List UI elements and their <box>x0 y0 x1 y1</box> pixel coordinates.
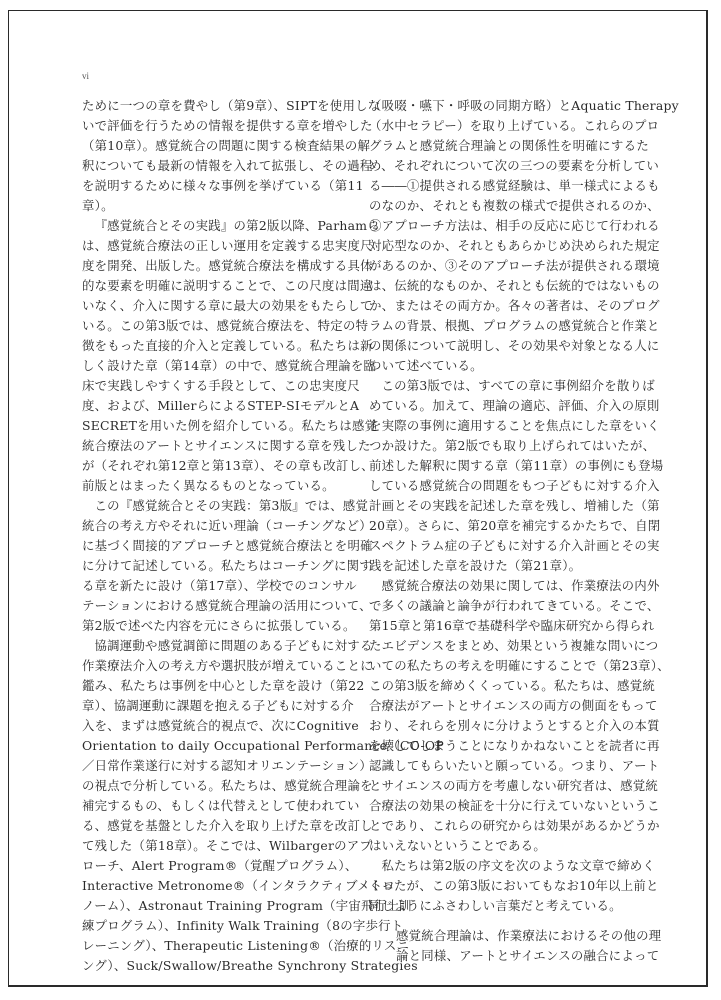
text-line: が（それぞれ第12章と第13章）、その章も改訂し、 <box>82 456 345 476</box>
text-line: 践を記述した章を設けた（第21章）。 <box>369 556 649 576</box>
text-line: （第10章）。感覚統合の問題に関する検査結果の解 <box>82 136 345 156</box>
text-line: いての私たちの考えを明確にすることで（第23章）、 <box>369 656 649 676</box>
text-line: 計画とその実践を記述した章を残し、増補した（第 <box>369 496 649 516</box>
quote-line: 感覚統合理論は、作業療法におけるその他の理 <box>396 926 649 946</box>
text-line: 同じようにふさわしい言葉だと考えている。 <box>369 896 649 916</box>
paragraph: 感覚統合療法の効果に関しては、作業療法の内外で多くの議論と論争が行われてきている… <box>369 576 649 856</box>
text-line: 『感覚統合とその実践』の第2版以降、Parhamら <box>82 216 345 236</box>
text-line: 私たちは第2版の序文を次のような文章で締めく <box>369 856 649 876</box>
text-line: いで評価を行うための情報を提供する章を増やした <box>82 116 345 136</box>
page-number: vi <box>82 71 89 81</box>
text-line: ング）、Suck/Swallow/Breathe Synchrony Strat… <box>82 956 345 976</box>
paragraph: ために一つの章を費やし（第9章）、SIPTを使用しないで評価を行うための情報を提… <box>82 96 345 216</box>
text-line: 協調運動や感覚調節に問題のある子どもに対する <box>82 636 345 656</box>
text-line: ついて述べている。 <box>369 356 649 376</box>
paragraph: 協調運動や感覚調節に問題のある子どもに対する作業療法介入の考え方や選択肢が増えて… <box>82 636 345 976</box>
text-line: （吸啜・嚥下・呼吸の同期方略）とAquatic Therapy <box>369 96 649 116</box>
text-line: SECRETを用いた例を紹介している。私たちは感覚 <box>82 416 345 436</box>
text-line: る――①提供される感覚経験は、単一様式によるも <box>369 176 649 196</box>
text-line: この『感覚統合とその実践：第3版』では、感覚 <box>82 496 345 516</box>
text-line: に分けて記述している。私たちはコーチングに関す <box>82 556 345 576</box>
paragraph: 『感覚統合とその実践』の第2版以降、Parhamらは、感覚統合療法の正しい運用を… <box>82 216 345 496</box>
text-line: （水中セラピー）を取り上げている。これらのプロ <box>369 116 649 136</box>
text-line: ラムの背景、根拠、プログラムの感覚統合と作業と <box>369 316 649 336</box>
paragraph: 私たちは第2版の序文を次のような文章で締めくくったが、この第3版においてもなお1… <box>369 856 649 916</box>
text-line: 合療法の効果の検証を十分に行えていないというこ <box>369 796 649 816</box>
text-line: に基づく間接的アプローチと感覚統合療法とを明確 <box>82 536 345 556</box>
text-line: を実際の事例に適用することを焦点にした章をいく <box>369 416 649 436</box>
quote-line: 論と同様、アートとサイエンスの融合によって <box>396 946 649 966</box>
paragraph: この第3版では、すべての章に事例紹介を散りばめている。加えて、理論の適応、評価、… <box>369 376 649 576</box>
text-line: はいえないということである。 <box>369 836 649 856</box>
text-line: 練プログラム）、Infinity Walk Training（8の字歩行ト <box>82 916 345 936</box>
text-line: ノーム）、Astronaut Training Program（宇宙飛行士訓 <box>82 896 345 916</box>
text-line: 度、および、MillerらによるSTEP-SIモデルとA <box>82 396 345 416</box>
text-line: で多くの議論と論争が行われてきている。そこで、 <box>369 596 649 616</box>
text-line: 統合療法のアートとサイエンスに関する章を残した <box>82 436 345 456</box>
text-line: スペクトラム症の子どもに対する介入計画とその実 <box>369 536 649 556</box>
text-line: ために一つの章を費やし（第9章）、SIPTを使用しな <box>82 96 345 116</box>
text-line: があるのか、③そのアプローチ法が提供される環境 <box>369 256 649 276</box>
text-line: 第2版で述べた内容を元にさらに拡張している。 <box>82 616 345 636</box>
text-line: め、それぞれについて次の三つの要素を分析してい <box>369 156 649 176</box>
text-line: とサイエンスの両方を考慮しない研究者は、感覚統 <box>369 776 649 796</box>
text-line: 釈についても最新の情報を入れて拡張し、その過程 <box>82 156 345 176</box>
text-line: 章）。 <box>82 196 345 216</box>
text-line: 的な要素を明確に説明することで、この尺度は間違 <box>82 276 345 296</box>
text-line: くったが、この第3版においてもなお10年以上前と <box>369 876 649 896</box>
text-line: の視点で分析している。私たちは、感覚統合理論を <box>82 776 345 796</box>
text-line: テーションにおける感覚統合理論の活用について、 <box>82 596 345 616</box>
text-line: グラムと感覚統合理論との関係性を明確にするた <box>369 136 649 156</box>
text-line: いる。この第3版では、感覚統合療法を、特定の特 <box>82 316 345 336</box>
text-line: 補完するもの、もしくは代替えとして使われてい <box>82 796 345 816</box>
text-line: る章を新たに設け（第17章）、学校でのコンサル <box>82 576 345 596</box>
text-line: て残した（第18章）。そこでは、Wilbargerのアプ <box>82 836 345 856</box>
text-line: とであり、これらの研究からは効果があるかどうか <box>369 816 649 836</box>
paragraph: （吸啜・嚥下・呼吸の同期方略）とAquatic Therapy（水中セラピー）を… <box>369 96 649 376</box>
text-line: この第3版を締めくくっている。私たちは、感覚統 <box>369 676 649 696</box>
text-line: 認識してもらいたいと願っている。つまり、アート <box>369 756 649 776</box>
text-line: の関係について説明し、その効果や対象となる人に <box>369 336 649 356</box>
block-quote: 感覚統合理論は、作業療法におけるその他の理論と同様、アートとサイエンスの融合によ… <box>369 926 649 966</box>
text-line: を説明するために様々な事例を挙げている（第11 <box>82 176 345 196</box>
text-line: レーニング）、Therapeutic Listening®（治療的リスニ <box>82 936 345 956</box>
text-line: Interactive Metronome®（インタラクティブメトロ <box>82 876 345 896</box>
text-line: している感覚統合の問題をもつ子どもに対する介入 <box>369 476 649 496</box>
text-line: おり、それらを別々に分けようとすると介入の本質 <box>369 716 649 736</box>
text-line: 度を開発、出版した。感覚統合療法を構成する具体 <box>82 256 345 276</box>
text-line: 20章）。さらに、第20章を補完するかたちで、自閉 <box>369 516 649 536</box>
text-line: は、感覚統合療法の正しい運用を定義する忠実度尺 <box>82 236 345 256</box>
text-line: 感覚統合療法の効果に関しては、作業療法の内外 <box>369 576 649 596</box>
text-line: 第15章と第16章で基礎科学や臨床研究から得られ <box>369 616 649 636</box>
left-column: ために一つの章を費やし（第9章）、SIPTを使用しないで評価を行うための情報を提… <box>82 96 345 976</box>
text-line: 徴をもった直接的介入と定義している。私たちは新 <box>82 336 345 356</box>
text-line: る、感覚を基盤とした介入を取り上げた章を改訂し <box>82 816 345 836</box>
text-line: たエビデンスをまとめ、効果という複雑な問いにつ <box>369 636 649 656</box>
text-line: ローチ、Alert Program®（覚醒プログラム）、 <box>82 856 345 876</box>
text-line: この第3版では、すべての章に事例紹介を散りば <box>369 376 649 396</box>
text-line: 前述した解釈に関する章（第11章）の事例にも登場 <box>369 456 649 476</box>
text-line: ②アプローチ方法は、相手の反応に応じて行われる <box>369 216 649 236</box>
text-line: つか設けた。第2版でも取り上げられてはいたが、 <box>369 436 649 456</box>
text-line: は、伝統的なものか、それとも伝統的ではないもの <box>369 276 649 296</box>
text-line: 合療法がアートとサイエンスの両方の側面をもって <box>369 696 649 716</box>
paragraph: この『感覚統合とその実践：第3版』では、感覚統合の考え方やそれに近い理論（コーチ… <box>82 496 345 636</box>
text-line: 床で実践しやすくする手段として、この忠実度尺 <box>82 376 345 396</box>
text-line: のなのか、それとも複数の様式で提供されるのか、 <box>369 196 649 216</box>
right-column: （吸啜・嚥下・呼吸の同期方略）とAquatic Therapy（水中セラピー）を… <box>369 96 649 966</box>
text-line: 対応型なのか、それともあらかじめ決められた規定 <box>369 236 649 256</box>
text-line: 章）、協調運動に課題を抱える子どもに対する介 <box>82 696 345 716</box>
text-line: 前版とはまったく異なるものとなっている。 <box>82 476 345 496</box>
text-line: ／日常作業遂行に対する認知オリエンテーション） <box>82 756 345 776</box>
text-line: か、またはその両方か。各々の著者は、そのプログ <box>369 296 649 316</box>
text-line: しく設けた章（第14章）の中で、感覚統合理論を臨 <box>82 356 345 376</box>
text-line: 作業療法介入の考え方や選択肢が増えていることに <box>82 656 345 676</box>
text-line: めている。加えて、理論の適応、評価、介入の原則 <box>369 396 649 416</box>
text-line: 入を、まずは感覚統合的視点で、次にCognitive <box>82 716 345 736</box>
text-line: を壊してしまうことになりかねないことを読者に再 <box>369 736 649 756</box>
text-line: いなく、介入に関する章に最大の効果をもたらして <box>82 296 345 316</box>
text-line: Orientation to daily Occupational Perfor… <box>82 736 345 756</box>
text-line: 統合の考え方やそれに近い理論（コーチングなど） <box>82 516 345 536</box>
text-line: 鑑み、私たちは事例を中心とした章を設け（第22 <box>82 676 345 696</box>
